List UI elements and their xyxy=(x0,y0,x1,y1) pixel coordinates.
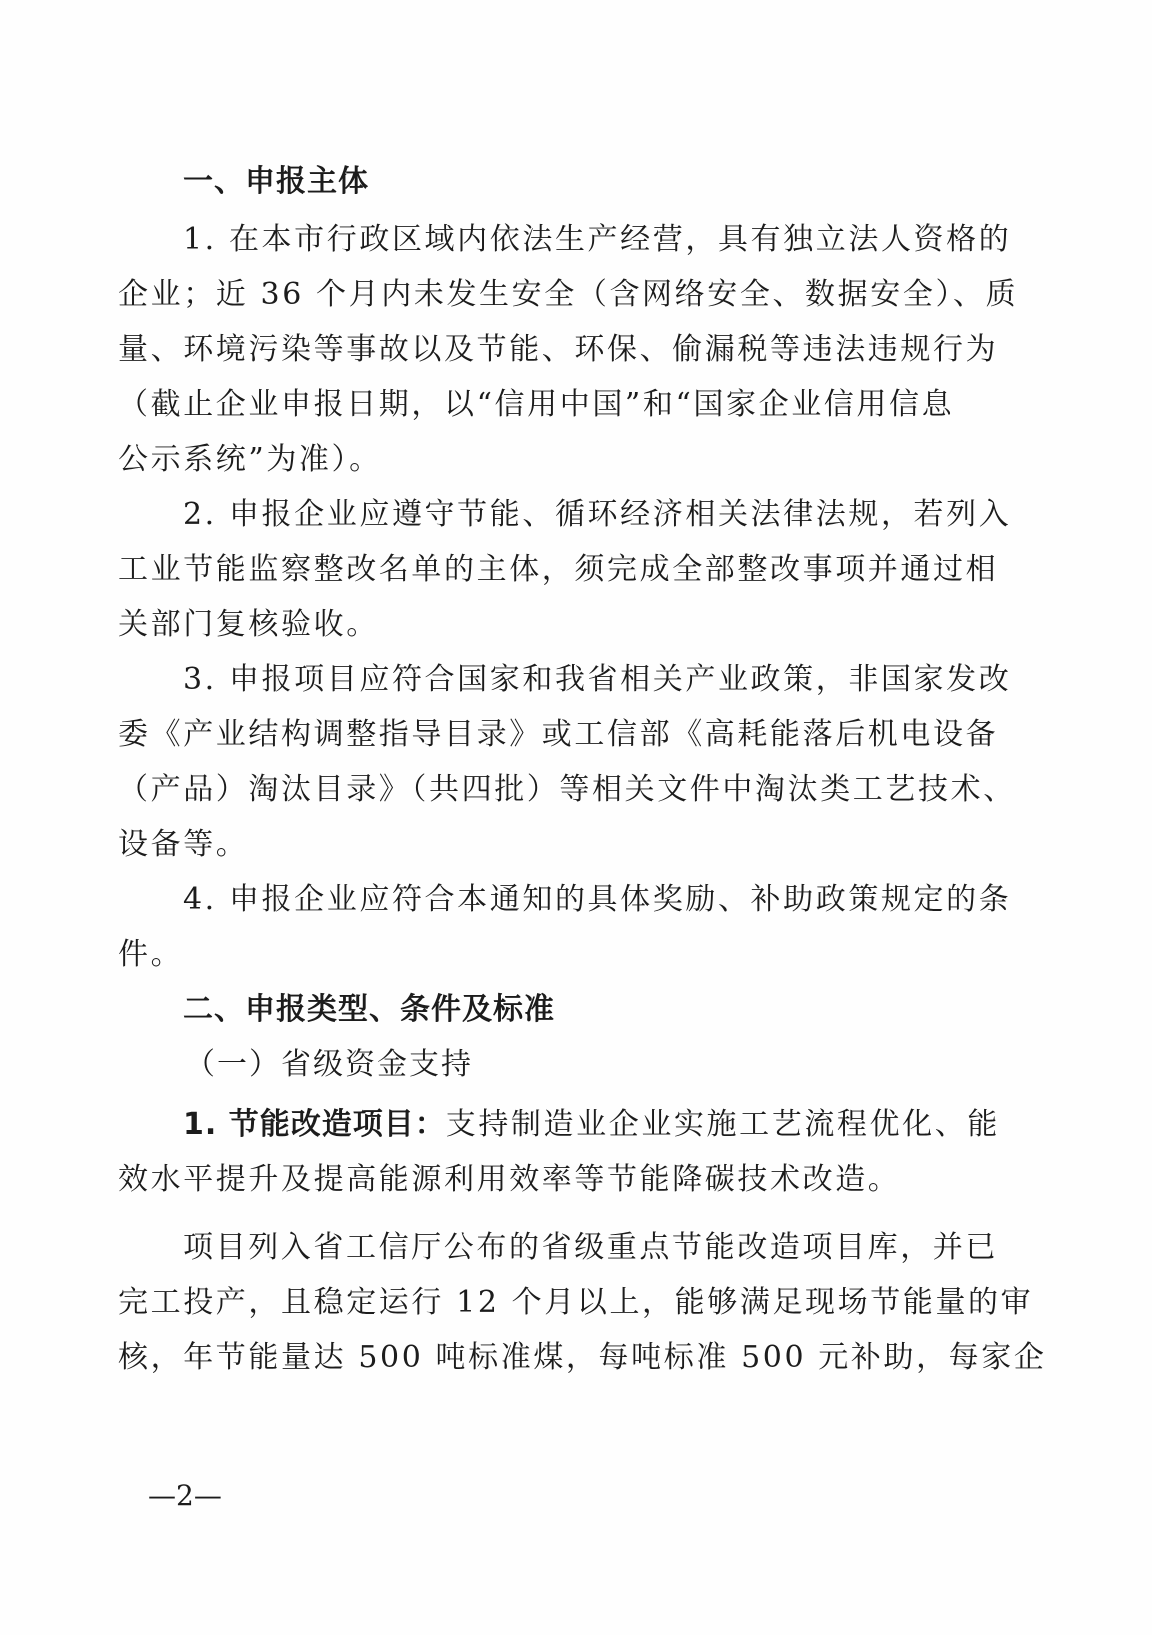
section2-item1-line2: 效水平提升及提高能源利用效率等节能降碳技术改造。 xyxy=(118,1160,988,1200)
section2-item1-lead: 1. 节能改造项目： xyxy=(183,1107,446,1142)
section1-item2-line3: 关部门复核验收。 xyxy=(118,605,988,645)
document-page: 一、申报主体 1. 在本市行政区域内依法生产经营，具有独立法人资格的 企业；近 … xyxy=(0,0,1152,1635)
section2-paragraph-line3: 核，年节能量达 500 吨标准煤，每吨标准 500 元补助，每家企 xyxy=(118,1338,988,1378)
section1-item1-line5: 公示系统”为准）。 xyxy=(118,440,988,480)
section1-item1-line1: 1. 在本市行政区域内依法生产经营，具有独立法人资格的 xyxy=(183,220,988,260)
section2-paragraph-line2: 完工投产，且稳定运行 12 个月以上，能够满足现场节能量的审 xyxy=(118,1283,988,1323)
section2-item1-line1: 1. 节能改造项目：支持制造业企业实施工艺流程优化、能 xyxy=(183,1105,988,1145)
section1-item4-line1: 4. 申报企业应符合本通知的具体奖励、补助政策规定的条 xyxy=(183,880,988,920)
section1-item1-line2: 企业；近 36 个月内未发生安全（含网络安全、数据安全）、质 xyxy=(118,275,988,315)
section1-heading: 一、申报主体 xyxy=(183,162,988,202)
page-number: —2— xyxy=(148,1480,222,1512)
section1-item2-line2: 工业节能监察整改名单的主体，须完成全部整改事项并通过相 xyxy=(118,550,988,590)
section1-item1-line3: 量、环境污染等事故以及节能、环保、偷漏税等违法违规行为 xyxy=(118,330,988,370)
section1-item3-line1: 3. 申报项目应符合国家和我省相关产业政策，非国家发改 xyxy=(183,660,988,700)
section2-subheading: （一）省级资金支持 xyxy=(185,1045,1055,1085)
section2-item1-line1-rest: 支持制造业企业实施工艺流程优化、能 xyxy=(446,1107,1000,1142)
section1-item1-line4: （截止企业申报日期，以“信用中国”和“国家企业信用信息 xyxy=(118,385,988,425)
section2-heading: 二、申报类型、条件及标准 xyxy=(183,990,988,1030)
section1-item4-line2: 件。 xyxy=(118,935,988,975)
section1-item3-line4: 设备等。 xyxy=(118,825,988,865)
section1-item2-line1: 2. 申报企业应遵守节能、循环经济相关法律法规，若列入 xyxy=(183,495,988,535)
section1-item3-line2: 委《产业结构调整指导目录》或工信部《高耗能落后机电设备 xyxy=(118,715,988,755)
section2-paragraph-line1: 项目列入省工信厅公布的省级重点节能改造项目库，并已 xyxy=(183,1228,988,1268)
section1-item3-line3: （产品）淘汰目录》（共四批）等相关文件中淘汰类工艺技术、 xyxy=(118,770,988,810)
